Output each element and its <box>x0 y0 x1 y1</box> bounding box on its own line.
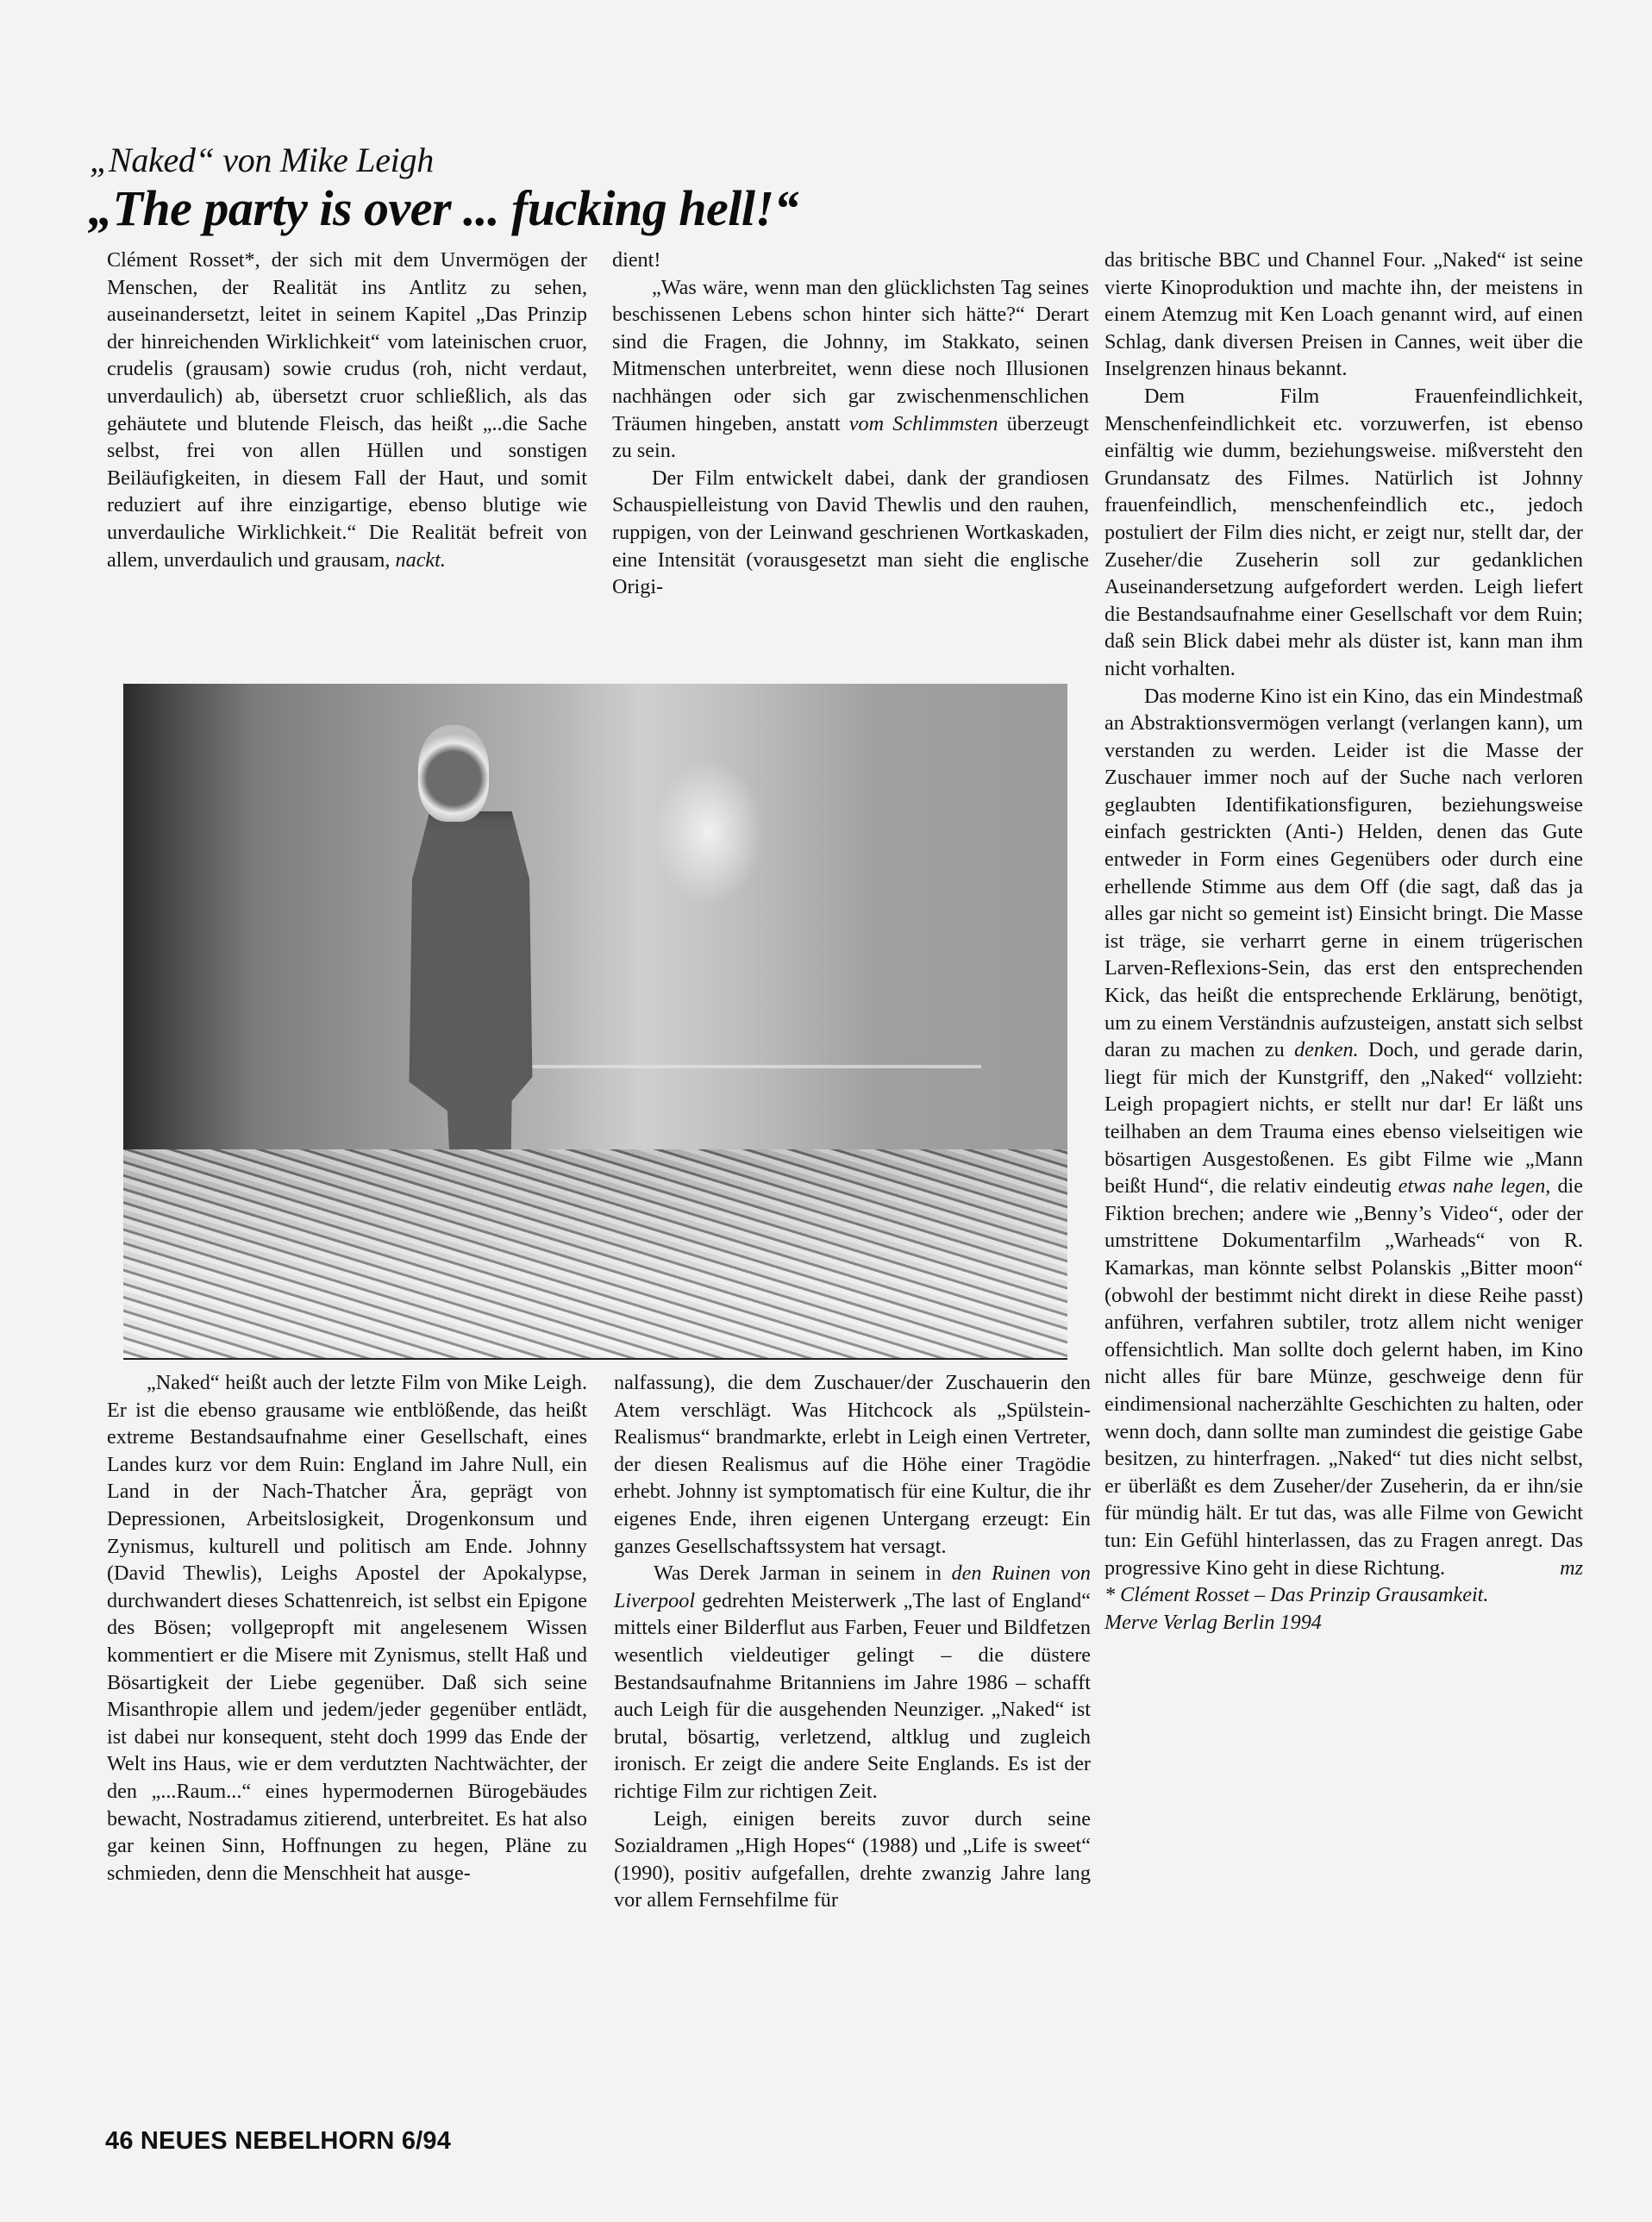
emphasis-text: vom Schlimmsten <box>849 412 998 435</box>
paragraph-text: Clément Rosset*, der sich mit dem Unverm… <box>107 248 587 572</box>
paragraph: Was Derek Jarman in seinem in den Ruinen… <box>614 1560 1091 1805</box>
emphasis-text: etwas nahe legen, <box>1399 1174 1551 1198</box>
paragraph-text: Das moderne Kino ist ein Kino, das ein M… <box>1104 685 1583 1062</box>
emphasis-text: nackt. <box>396 548 446 572</box>
footnote-line: Merve Verlag Berlin 1994 <box>1104 1611 1322 1634</box>
author-signature: mz <box>1520 1555 1583 1582</box>
magazine-page: „Naked“ von Mike Leigh „The party is ove… <box>0 0 1652 2222</box>
paragraph: dient! <box>612 247 1089 274</box>
emphasis-text: denken. <box>1294 1038 1359 1061</box>
column-1-top: Clément Rosset*, der sich mit dem Unverm… <box>107 247 587 573</box>
paragraph-text: Was Derek Jarman in seinem in <box>654 1562 942 1585</box>
paragraph: Das moderne Kino ist ein Kino, das ein M… <box>1104 683 1583 1582</box>
paragraph: „Naked“ heißt auch der letzte Film von M… <box>107 1369 587 1887</box>
film-still-photo <box>123 684 1067 1360</box>
article-kicker: „Naked“ von Mike Leigh <box>90 140 434 180</box>
photo-ground <box>123 1149 1067 1358</box>
column-1-bottom: „Naked“ heißt auch der letzte Film von M… <box>107 1369 587 1887</box>
footnote-line: * Clément Rosset – Das Prinzip Grausamke… <box>1104 1583 1488 1606</box>
page-footer: 46 NEUES NEBELHORN 6/94 <box>105 2127 451 2156</box>
paragraph: nalfassung), die dem Zuschauer/der Zusch… <box>614 1369 1091 1560</box>
article-headline: „The party is over ... fucking hell!“ <box>88 179 798 237</box>
paragraph-text: die Fiktion brechen; andere wie „Benny’s… <box>1104 1174 1583 1579</box>
paragraph: das britische BBC und Channel Four. „Nak… <box>1104 247 1583 383</box>
paragraph: Dem Film Frauenfeindlichkeit, Menschenfe… <box>1104 383 1583 683</box>
paragraph: Leigh, einigen bereits zuvor durch seine… <box>614 1806 1091 1914</box>
footnote: * Clément Rosset – Das Prinzip Grausamke… <box>1104 1581 1583 1636</box>
paragraph-text: gedrehten Meisterwerk „The last of Engla… <box>614 1589 1091 1803</box>
paragraph: Der Film entwickelt dabei, dank der gran… <box>612 465 1089 601</box>
photo-figure-head <box>418 725 489 822</box>
paragraph: „Was wäre, wenn man den glücklichsten Ta… <box>612 274 1089 465</box>
paragraph: Clément Rosset*, der sich mit dem Unverm… <box>107 247 587 573</box>
column-3: das britische BBC und Channel Four. „Nak… <box>1104 247 1583 1636</box>
column-2-top: dient! „Was wäre, wenn man den glücklich… <box>612 247 1089 601</box>
column-2-bottom: nalfassung), die dem Zuschauer/der Zusch… <box>614 1369 1091 1914</box>
